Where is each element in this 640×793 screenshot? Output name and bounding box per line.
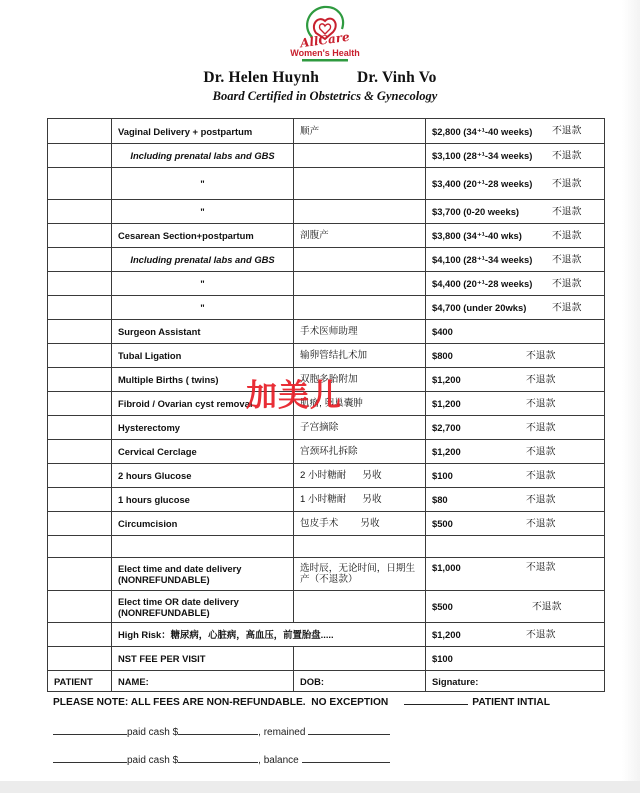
chinese-desc: 剖腹产	[300, 230, 329, 241]
price: $3,100 (28⁺¹-34 weeks)	[432, 150, 532, 161]
price: $500	[432, 601, 453, 612]
chinese-desc-cell: 包皮手术另收	[294, 512, 426, 536]
service-cell: Surgeon Assistant	[112, 320, 294, 344]
price-cell: $500不退款	[426, 512, 605, 536]
watermark: 加美儿	[246, 370, 342, 415]
extra-charge-note: 另收	[362, 494, 381, 505]
patient-signature-field-label: Signature:	[432, 676, 478, 687]
price-cell: $1,200不退款	[426, 440, 605, 464]
chinese-desc: 子宫摘除	[300, 422, 338, 433]
price: $4,100 (28⁺¹-34 weeks)	[432, 254, 532, 265]
price-cell: $3,400 (20⁺¹-28 weeks)不退款	[426, 168, 605, 200]
row-label-cell	[48, 248, 112, 272]
chinese-desc-cell: 顺产	[294, 119, 426, 144]
table-row: NST FEE PER VISIT$100	[48, 647, 605, 671]
price: $100	[432, 470, 453, 481]
price: $3,700 (0-20 weeks)	[432, 206, 519, 217]
table-row: "$3,400 (20⁺¹-28 weeks)不退款	[48, 168, 605, 200]
service-cell: Elect time OR date delivery(NONREFUNDABL…	[112, 591, 294, 623]
service-name: "	[200, 278, 204, 289]
service-name: "	[200, 302, 204, 313]
price-cell: $4,400 (20⁺¹-28 weeks)不退款	[426, 272, 605, 296]
price-cell: $3,100 (28⁺¹-34 weeks)不退款	[426, 144, 605, 168]
service-name: Fibroid / Ovarian cyst removal	[118, 398, 252, 409]
service-cell: "	[112, 200, 294, 224]
row-label-cell	[48, 623, 112, 647]
price: $1,200	[432, 398, 461, 409]
service-name: NST FEE PER VISIT	[118, 653, 206, 664]
row-label-cell	[48, 320, 112, 344]
price-cell: $1,200不退款	[426, 368, 605, 392]
service-cell: Tubal Ligation	[112, 344, 294, 368]
patient-row: PATIENTNAME:DOB:Signature:	[48, 671, 605, 692]
service-cell: Cervical Cerclage	[112, 440, 294, 464]
price-cell: $400	[426, 320, 605, 344]
extra-charge-note: 另收	[360, 518, 379, 529]
price-cell: $3,800 (34⁺¹-40 wks)不退款	[426, 224, 605, 248]
service-name: 1 hours glucose	[118, 494, 190, 505]
chinese-desc-cell: 子宫摘除	[294, 416, 426, 440]
chinese-desc: 选时辰，无论时间，日期生产（不退款）	[300, 563, 415, 585]
nonrefundable-badge: 不退款	[526, 629, 555, 640]
table-row: "$4,400 (20⁺¹-28 weeks)不退款	[48, 272, 605, 296]
table-row: Hysterectomy子宫摘除$2,700不退款	[48, 416, 605, 440]
price: $2,700	[432, 422, 461, 433]
price-cell: $1,200不退款	[426, 392, 605, 416]
table-row: Cesarean Section+postpartum剖腹产$3,800 (34…	[48, 224, 605, 248]
doctor-names: Dr. Helen HuynhDr. Vinh Vo	[0, 69, 640, 87]
nonrefundable-badge: 不退款	[526, 374, 555, 385]
service-name: High Risk：糖尿病，心脏病，高血压，前置胎盘.....	[118, 629, 334, 640]
table-row: Circumcision包皮手术另收$500不退款	[48, 512, 605, 536]
nonrefundable-badge: 不退款	[526, 470, 555, 481]
page-edge-shadow	[622, 0, 640, 781]
price: $4,700 (under 20wks)	[432, 302, 526, 313]
service-name: "	[200, 206, 204, 217]
service-cell: "	[112, 168, 294, 200]
price-cell: $2,700不退款	[426, 416, 605, 440]
service-cell: Hysterectomy	[112, 416, 294, 440]
patient-name-field[interactable]: NAME:	[112, 671, 294, 692]
service-qualifier: (NONREFUNDABLE)	[118, 607, 287, 618]
service-name: Elect time OR date delivery	[118, 596, 287, 607]
row-label-cell	[48, 512, 112, 536]
note-text: PLEASE NOTE: ALL FEES ARE NON-REFUNDABLE…	[53, 697, 388, 708]
price: $1,200	[432, 446, 461, 457]
service-cell: High Risk：糖尿病，心脏病，高血压，前置胎盘.....	[112, 623, 426, 647]
chinese-desc-cell: 宫颈环扎拆除	[294, 440, 426, 464]
price-cell: $4,700 (under 20wks)不退款	[426, 296, 605, 320]
service-name: Tubal Ligation	[118, 350, 181, 361]
remained-label: , remained	[258, 727, 305, 738]
chinese-desc-cell: 2 小时糖耐另收	[294, 464, 426, 488]
balance-blank[interactable]	[302, 752, 390, 763]
service-cell: "	[112, 272, 294, 296]
price-cell: $3,700 (0-20 weeks)不退款	[426, 200, 605, 224]
service-cell: Circumcision	[112, 512, 294, 536]
nonrefundable-badge: 不退款	[526, 518, 555, 529]
nonrefundable-badge: 不退款	[552, 278, 581, 289]
row-label-cell	[48, 536, 112, 558]
chinese-desc: 宫颈环扎拆除	[300, 446, 358, 457]
price-cell: $100不退款	[426, 464, 605, 488]
chinese-desc-cell	[294, 168, 426, 200]
table-row: Including prenatal labs and GBS$4,100 (2…	[48, 248, 605, 272]
price: $80	[432, 494, 448, 505]
nonrefundable-badge: 不退款	[526, 350, 555, 361]
service-name: 2 hours Glucose	[118, 470, 191, 481]
table-row: Vaginal Delivery + postpartum顺产$2,800 (3…	[48, 119, 605, 144]
nonrefundable-badge: 不退款	[526, 422, 555, 433]
payment-line-2: paid cash $, balance	[53, 752, 390, 766]
service-name: Surgeon Assistant	[118, 326, 200, 337]
price-cell: $100	[426, 647, 605, 671]
price: $1,200	[432, 629, 461, 640]
service-name: Multiple Births ( twins)	[118, 374, 219, 385]
paid-cash-label-2: paid cash $	[127, 755, 178, 766]
payment-line-1: paid cash $, remained	[53, 724, 390, 738]
balance-label: , balance	[258, 755, 299, 766]
nonrefundable-badge: 不退款	[552, 126, 581, 137]
chinese-desc: 包皮手术	[300, 518, 338, 529]
patient-dob-field[interactable]: DOB:	[294, 671, 426, 692]
nonrefundable-badge: 不退款	[526, 494, 555, 505]
table-row: "$4,700 (under 20wks)不退款	[48, 296, 605, 320]
chinese-desc-cell	[294, 144, 426, 168]
row-label-cell	[48, 168, 112, 200]
nonrefundable-badge: 不退款	[532, 601, 561, 612]
nonrefundable-badge: 不退款	[552, 302, 581, 313]
price: $500	[432, 518, 453, 529]
table-row: "$3,700 (0-20 weeks)不退款	[48, 200, 605, 224]
service-name: Including prenatal labs and GBS	[130, 254, 274, 265]
extra-charge-note: 另收	[362, 470, 381, 481]
row-label-cell	[48, 488, 112, 512]
chinese-desc-cell: 1 小时糖耐另收	[294, 488, 426, 512]
row-label-cell	[48, 591, 112, 623]
service-name: Elect time and date delivery	[118, 563, 287, 574]
price: $2,800 (34⁺¹-40 weeks)	[432, 126, 532, 137]
service-cell: 2 hours Glucose	[112, 464, 294, 488]
row-label-cell	[48, 392, 112, 416]
service-cell	[112, 536, 294, 558]
row-label-cell	[48, 368, 112, 392]
chinese-desc: 2 小时糖耐	[300, 470, 346, 481]
price: $800	[432, 350, 453, 361]
price: $1,200	[432, 374, 461, 385]
row-label-cell	[48, 416, 112, 440]
service-name: Vaginal Delivery + postpartum	[118, 126, 252, 137]
nonrefundable-badge: 不退款	[526, 398, 555, 409]
nonrefundable-badge: 不退款	[552, 206, 581, 217]
row-label-cell	[48, 144, 112, 168]
service-cell: Including prenatal labs and GBS	[112, 144, 294, 168]
table-row: Elect time and date delivery(NONREFUNDAB…	[48, 558, 605, 591]
chinese-desc-cell	[294, 591, 426, 623]
service-cell: NST FEE PER VISIT	[112, 647, 294, 671]
price: $400	[432, 326, 453, 337]
table-row: 2 hours Glucose2 小时糖耐另收$100不退款	[48, 464, 605, 488]
service-name: Circumcision	[118, 518, 177, 529]
service-qualifier: (NONREFUNDABLE)	[118, 574, 287, 585]
row-label-cell	[48, 200, 112, 224]
chinese-desc-cell: 手术医师助理	[294, 320, 426, 344]
price-cell: $1,200不退款	[426, 623, 605, 647]
price: $4,400 (20⁺¹-28 weeks)	[432, 278, 532, 289]
row-label-cell	[48, 224, 112, 248]
service-name: Cervical Cerclage	[118, 446, 197, 457]
price-cell: $80不退款	[426, 488, 605, 512]
price-cell: $500不退款	[426, 591, 605, 623]
nonrefundable-badge: 不退款	[526, 446, 555, 457]
nonrefundable-badge: 不退款	[552, 254, 581, 265]
service-name: Hysterectomy	[118, 422, 180, 433]
allcare-logo: AllCare Women's Health	[290, 3, 360, 65]
patient-label-label: PATIENT	[54, 676, 93, 687]
paid-amount-blank-1[interactable]	[178, 724, 258, 735]
price: $100	[432, 653, 453, 664]
price-cell	[426, 536, 605, 558]
chinese-desc-cell	[294, 248, 426, 272]
price: $1,000	[432, 562, 461, 573]
table-row: High Risk：糖尿病，心脏病，高血压，前置胎盘.....$1,200不退款	[48, 623, 605, 647]
paid-cash-label-1: paid cash $	[127, 727, 178, 738]
chinese-desc-cell	[294, 647, 426, 671]
svg-text:Women's Health: Women's Health	[290, 48, 360, 58]
doctor-1-name: Dr. Helen Huynh	[203, 69, 319, 86]
patient-initial-label: PATIENT INTIAL	[472, 697, 550, 708]
chinese-desc-cell	[294, 200, 426, 224]
chinese-desc-cell: 剖腹产	[294, 224, 426, 248]
service-cell: Including prenatal labs and GBS	[112, 248, 294, 272]
table-row: Including prenatal labs and GBS$3,100 (2…	[48, 144, 605, 168]
nonrefundable-badge: 不退款	[552, 150, 581, 161]
chinese-desc-cell	[294, 536, 426, 558]
chinese-desc: 手术医师助理	[300, 326, 358, 337]
patient-signature-field[interactable]: Signature:	[426, 671, 605, 692]
price-cell: $1,000不退款	[426, 558, 605, 591]
service-cell: "	[112, 296, 294, 320]
doctor-2-name: Dr. Vinh Vo	[357, 69, 437, 86]
paid-amount-blank-2[interactable]	[178, 752, 258, 763]
row-label-cell	[48, 272, 112, 296]
table-row	[48, 536, 605, 558]
certification-subtitle: Board Certified in Obstetrics & Gynecolo…	[0, 89, 640, 104]
table-row: 1 hours glucose1 小时糖耐另收$80不退款	[48, 488, 605, 512]
table-row: Surgeon Assistant手术医师助理$400	[48, 320, 605, 344]
chinese-desc-cell: 输卵管结扎术加	[294, 344, 426, 368]
chinese-desc-cell	[294, 296, 426, 320]
table-row: Cervical Cerclage宫颈环扎拆除$1,200不退款	[48, 440, 605, 464]
patient-initial-blank[interactable]	[404, 704, 468, 705]
patient-dob-field-label: DOB:	[300, 676, 324, 687]
chinese-desc-cell: 选时辰，无论时间，日期生产（不退款）	[294, 558, 426, 591]
row-label-cell	[48, 464, 112, 488]
service-cell: Cesarean Section+postpartum	[112, 224, 294, 248]
chinese-desc-cell	[294, 272, 426, 296]
chinese-desc: 顺产	[300, 126, 319, 137]
row-label-cell	[48, 558, 112, 591]
row-label-cell	[48, 344, 112, 368]
date-blank-2[interactable]	[53, 752, 127, 763]
price: $3,800 (34⁺¹-40 wks)	[432, 230, 522, 241]
table-row: Tubal Ligation输卵管结扎术加$800不退款	[48, 344, 605, 368]
service-name: Including prenatal labs and GBS	[130, 150, 274, 161]
service-cell: 1 hours glucose	[112, 488, 294, 512]
patient-name-field-label: NAME:	[118, 676, 149, 687]
service-cell: Vaginal Delivery + postpartum	[112, 119, 294, 144]
price: $3,400 (20⁺¹-28 weeks)	[432, 178, 532, 189]
chinese-desc: 输卵管结扎术加	[300, 350, 367, 361]
nonrefundable-badge: 不退款	[552, 230, 581, 241]
row-label-cell	[48, 119, 112, 144]
price-cell: $800不退款	[426, 344, 605, 368]
remained-blank[interactable]	[308, 724, 390, 735]
date-blank-1[interactable]	[53, 724, 127, 735]
service-name: Cesarean Section+postpartum	[118, 230, 254, 241]
service-cell: Elect time and date delivery(NONREFUNDAB…	[112, 558, 294, 591]
row-label-cell	[48, 647, 112, 671]
chinese-desc: 1 小时糖耐	[300, 494, 346, 505]
service-name: "	[200, 178, 204, 189]
price-cell: $4,100 (28⁺¹-34 weeks)不退款	[426, 248, 605, 272]
nonrefundable-badge: 不退款	[526, 562, 555, 573]
row-label-cell	[48, 296, 112, 320]
row-label-cell	[48, 440, 112, 464]
page-bottom-margin	[0, 781, 640, 793]
non-refundable-note: PLEASE NOTE: ALL FEES ARE NON-REFUNDABLE…	[53, 697, 550, 708]
nonrefundable-badge: 不退款	[552, 178, 581, 189]
patient-label: PATIENT	[48, 671, 112, 692]
price-cell: $2,800 (34⁺¹-40 weeks)不退款	[426, 119, 605, 144]
table-row: Elect time OR date delivery(NONREFUNDABL…	[48, 591, 605, 623]
